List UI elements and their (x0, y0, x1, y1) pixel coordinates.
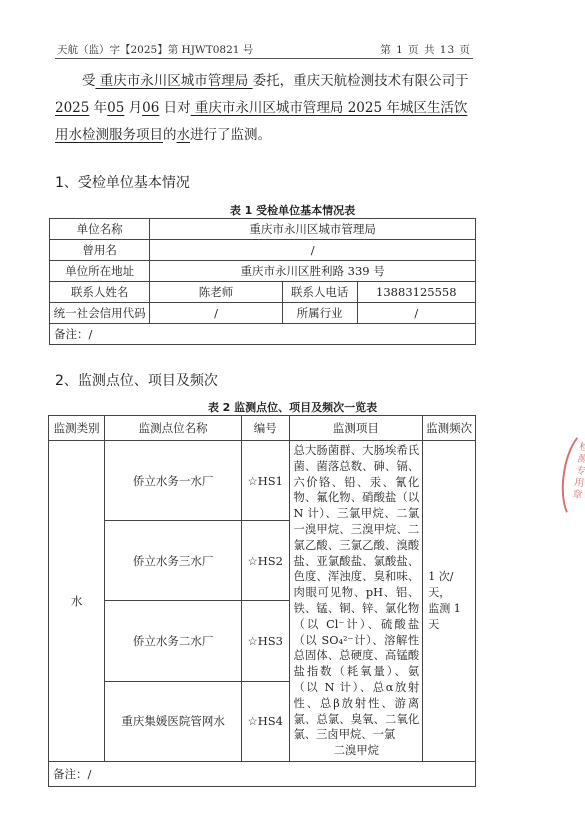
credit-code-value: / (150, 303, 283, 324)
table-row: 单位所在地址 重庆市永川区胜利路 339 号 (50, 261, 476, 282)
page-indicator: 第 1 页 共 13 页 (380, 42, 471, 57)
month-suffix: 月 (129, 100, 143, 116)
section-1-title: 1、受检单位基本情况 (55, 172, 190, 192)
credit-code-label: 统一社会信用代码 (50, 303, 150, 324)
site-code: ☆HS2 (241, 521, 289, 601)
site-name: 侨立水务二水厂 (105, 601, 242, 681)
unit-name-label: 单位名称 (50, 219, 150, 240)
intro-prefix: 受 (82, 73, 96, 89)
frequency-cell: 1 次/天， 监测 1 天 (423, 441, 476, 762)
header-frequency: 监测频次 (423, 416, 476, 441)
phone-value: 13883125558 (357, 282, 475, 303)
industry-label: 所属行业 (282, 303, 357, 324)
section-2-title: 2、监测点位、项目及频次 (55, 370, 218, 390)
address-label: 单位所在地址 (50, 261, 150, 282)
client-name: 重庆市永川区城市管理局 (96, 73, 253, 89)
contact-label: 联系人姓名 (50, 282, 150, 303)
monitor-year: 2025 (55, 100, 89, 116)
table-row: 统一社会信用代码 / 所属行业 / (50, 303, 476, 324)
site-code: ☆HS3 (241, 601, 289, 681)
former-name-value: / (150, 240, 476, 261)
table-1-note: 备注：/ (50, 324, 476, 345)
day-suffix: 日对 (164, 100, 191, 116)
monitored-object: 水 (177, 127, 191, 143)
site-name: 重庆集媛医院管网水 (105, 681, 242, 761)
table-row: 备注：/ (49, 761, 476, 786)
former-name-label: 曾用名 (50, 240, 150, 261)
site-name: 侨立水务一水厂 (105, 441, 242, 521)
intro-middle: 委托，重庆天航检测技术有限公司于 (253, 73, 469, 89)
monitoring-items-text: 总大肠菌群、大肠埃希氏菌、菌落总数、砷、镉、六价铬、铅、汞、氰化物、氟化物、硝酸… (294, 444, 420, 741)
table-1-caption: 表 1 受检单位基本情况表 (0, 202, 585, 218)
monitoring-items-last: 二溴甲烷 (294, 743, 420, 759)
document-number: 天航（监）字【2025】第 HJWT0821 号 (57, 42, 253, 57)
table-2-caption: 表 2 监测点位、项目及频次一览表 (0, 399, 585, 415)
monitoring-plan-table: 监测类别 监测点位名称 编号 监测项目 监测频次 水 侨立水务一水厂 ☆HS1 … (48, 415, 476, 787)
table-header-row: 监测类别 监测点位名称 编号 监测项目 监测频次 (49, 416, 476, 441)
monitor-month: 05 (107, 100, 124, 116)
project-suffix: 的 (163, 127, 177, 143)
industry-value: / (357, 303, 475, 324)
seal-stamp: 检测专用章 (551, 426, 585, 519)
page-header: 天航（监）字【2025】第 HJWT0821 号 第 1 页 共 13 页 (55, 40, 473, 59)
header-items: 监测项目 (289, 416, 423, 441)
table-row: 单位名称 重庆市永川区城市管理局 (50, 219, 476, 240)
header-code: 编号 (241, 416, 289, 441)
table-row: 备注：/ (50, 324, 476, 345)
category-cell: 水 (49, 441, 105, 762)
contact-value: 陈老师 (150, 282, 283, 303)
header-category: 监测类别 (49, 416, 105, 441)
site-code: ☆HS4 (241, 681, 289, 761)
client-info-table: 单位名称 重庆市永川区城市管理局 曾用名 / 单位所在地址 重庆市永川区胜利路 … (49, 218, 476, 345)
monitor-day: 06 (142, 100, 159, 116)
table-2-note: 备注：/ (49, 761, 476, 786)
table-row: 曾用名 / (50, 240, 476, 261)
table-row: 联系人姓名 陈老师 联系人电话 13883125558 (50, 282, 476, 303)
site-code: ☆HS1 (241, 441, 289, 521)
address-value: 重庆市永川区胜利路 339 号 (150, 261, 476, 282)
intro-paragraph: 受 重庆市永川区城市管理局 委托，重庆天航检测技术有限公司于 2025 年05 … (55, 68, 475, 149)
unit-name-value: 重庆市永川区城市管理局 (150, 219, 476, 240)
year-suffix: 年 (94, 100, 108, 116)
monitoring-items-cell: 总大肠菌群、大肠埃希氏菌、菌落总数、砷、镉、六价铬、铅、汞、氰化物、氟化物、硝酸… (289, 441, 423, 762)
site-name: 侨立水务三水厂 (105, 521, 242, 601)
header-site-name: 监测点位名称 (105, 416, 242, 441)
intro-end: 进行了监测。 (190, 127, 271, 143)
frequency-line-1: 1 次/天， (428, 569, 475, 601)
phone-label: 联系人电话 (282, 282, 357, 303)
table-row: 水 侨立水务一水厂 ☆HS1 总大肠菌群、大肠埃希氏菌、菌落总数、砷、镉、六价铬… (49, 441, 476, 521)
frequency-line-2: 监测 1 天 (428, 601, 475, 633)
